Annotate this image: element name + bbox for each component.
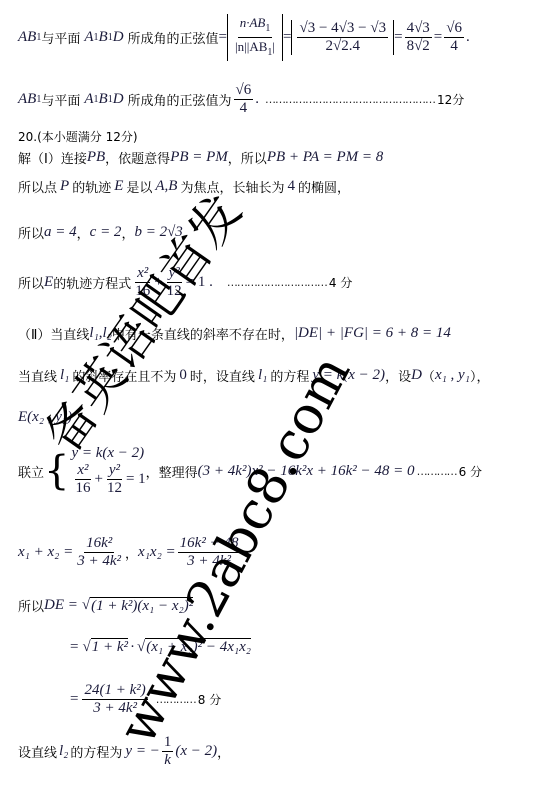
math: 3 + 4k² bbox=[75, 553, 123, 570]
math: √6 bbox=[444, 20, 464, 38]
text: 联立 bbox=[18, 462, 44, 481]
math-sqrt: (1 + k²)(x₁ − x₂)² bbox=[90, 597, 193, 615]
text: ， bbox=[125, 543, 138, 562]
part2-line9: 设直线 l₂ 的方程为 y = − 1k (x − 2) ， bbox=[18, 734, 230, 769]
math: (x − 2) bbox=[175, 743, 217, 760]
math: 16 bbox=[73, 480, 92, 497]
math: B bbox=[99, 91, 108, 108]
math: a = 4 bbox=[44, 224, 77, 241]
math: A,B bbox=[155, 178, 177, 195]
math: 12 bbox=[165, 283, 184, 300]
score-label: 4 分 bbox=[329, 274, 352, 291]
left-brace: { bbox=[44, 451, 69, 491]
math: x₁x₂ = bbox=[138, 544, 176, 561]
text: 的轨迹 bbox=[72, 177, 111, 196]
part2-line3: E(x₂ , y₂) bbox=[18, 409, 72, 426]
text: 的轨迹方程式 bbox=[53, 273, 131, 292]
math: AB bbox=[18, 91, 36, 108]
sine-value-equation: AB1 与平面 A1B1D 所成角的正弦值 = n·AB1|n||AB1| = … bbox=[18, 14, 470, 61]
text: ，所以 bbox=[228, 148, 267, 167]
text: ， bbox=[121, 223, 134, 242]
fraction: 24(1 + k²)3 + 4k² bbox=[82, 682, 147, 717]
text: 的椭圆， bbox=[298, 177, 350, 196]
text: 所成角的正弦值为 bbox=[128, 90, 232, 109]
text: 为焦点，长轴长为 bbox=[180, 177, 284, 196]
math: PB = PM bbox=[170, 149, 228, 166]
score-label: 12分 bbox=[437, 91, 464, 108]
math: = bbox=[70, 639, 78, 656]
math: l₂ bbox=[59, 743, 68, 760]
fraction: 16k² − 483 + 4k² bbox=[178, 535, 241, 570]
math: DE = bbox=[44, 597, 78, 614]
math: (3 + 4k²)x² − 16k²x + 16k² − 48 = 0 bbox=[198, 463, 415, 480]
text: ， bbox=[217, 742, 230, 761]
text: 解（Ⅰ）连接 bbox=[18, 148, 87, 167]
sine-value-conclusion: AB1 与平面 A1B1D 所成角的正弦值为 √64 . ……………………………… bbox=[18, 82, 464, 117]
text: 与平面 bbox=[41, 90, 80, 109]
math: 16k² bbox=[84, 535, 114, 553]
text: 的方程 bbox=[270, 366, 309, 385]
math: 12 bbox=[105, 480, 124, 497]
abs-fraction-2: √3 − 4√3 − √32√2.4 bbox=[291, 20, 394, 55]
text: 设直线 bbox=[18, 742, 57, 761]
math: · bbox=[130, 639, 135, 656]
fraction: √64 bbox=[234, 82, 254, 117]
text: ，整理得 bbox=[146, 462, 198, 481]
math: y² bbox=[167, 265, 182, 283]
math: D bbox=[113, 91, 124, 108]
equation-system: y = k(x − 2) x²16 + y²12 = 1 bbox=[71, 445, 145, 497]
fraction: x²16 bbox=[133, 265, 152, 300]
score-label: 6 分 bbox=[459, 463, 482, 480]
math: 3 + 4k² bbox=[91, 700, 139, 717]
score-label: 8 分 bbox=[198, 691, 221, 708]
math: |n||AB bbox=[235, 39, 267, 54]
math: + bbox=[154, 274, 162, 291]
text: 所以 bbox=[18, 223, 44, 242]
math: 0 bbox=[179, 367, 187, 384]
math: 4 bbox=[287, 178, 295, 195]
fraction: x²16 bbox=[73, 462, 92, 497]
part2-line6: 所以 DE = √(1 + k²)(x₁ − x₂)² bbox=[18, 596, 193, 615]
math: P bbox=[60, 178, 69, 195]
math: 16 bbox=[133, 283, 152, 300]
math: y = k(x − 2) bbox=[71, 445, 145, 462]
part2-line2: 当直线 l₁ 的斜率存在且不为 0 时，设直线 l₁ 的方程 y = k(x −… bbox=[18, 366, 489, 385]
part2-line8: = 24(1 + k²)3 + 4k² ………… 8 分 bbox=[70, 682, 221, 717]
text: 所成角的正弦值 bbox=[128, 28, 219, 47]
fraction-3: 4√38√2 bbox=[405, 20, 432, 55]
math: |DE| + |FG| = 6 + 8 = 14 bbox=[294, 325, 451, 342]
math: c = 2 bbox=[90, 224, 122, 241]
text: 所以 bbox=[18, 596, 44, 615]
part1-line4: 所以 E 的轨迹方程式 x²16 + y²12 = 1 . …………………………… bbox=[18, 265, 352, 300]
text: ）， bbox=[470, 366, 490, 385]
fraction: 16k²3 + 4k² bbox=[75, 535, 123, 570]
abs-fraction-1: n·AB1|n||AB1| bbox=[227, 14, 283, 61]
text: （ bbox=[422, 366, 435, 385]
math: 2√2.4 bbox=[324, 38, 362, 55]
math: x² bbox=[135, 265, 150, 283]
math: D bbox=[113, 29, 124, 46]
math: l₁,l₂ bbox=[89, 325, 112, 342]
math: PB + PA = PM = 8 bbox=[267, 149, 383, 166]
math-sub: 1 bbox=[267, 47, 272, 58]
math: l₁ bbox=[60, 367, 69, 384]
math: 8√2 bbox=[405, 38, 432, 55]
math: n·AB bbox=[240, 15, 266, 30]
math: A bbox=[84, 29, 93, 46]
math: b = 2√3 bbox=[134, 224, 182, 241]
math: 4 bbox=[238, 100, 250, 117]
math: x₁ + x₂ = bbox=[18, 544, 73, 561]
dot-leader: ………… bbox=[156, 693, 196, 706]
math: PB bbox=[87, 149, 105, 166]
math: E bbox=[44, 274, 53, 291]
text: ， bbox=[77, 223, 90, 242]
part2-line4-system: 联立 { y = k(x − 2) x²16 + y²12 = 1 ，整理得 (… bbox=[18, 445, 482, 497]
math-sqrt: 1 + k² bbox=[91, 638, 128, 656]
part1-line2: 所以点 P 的轨迹 E 是以 A,B 为焦点，长轴长为 4 的椭圆， bbox=[18, 177, 350, 196]
fraction: y²12 bbox=[165, 265, 184, 300]
question-20-header: 20.(本小题满分 12分) bbox=[18, 128, 138, 145]
part1-line3: 所以 a = 4 ， c = 2 ， b = 2√3 bbox=[18, 223, 183, 242]
text: 与平面 bbox=[41, 28, 80, 47]
math: E bbox=[114, 178, 123, 195]
math: k bbox=[162, 752, 173, 769]
math: x² bbox=[75, 462, 90, 480]
text: 的方程为 bbox=[70, 742, 122, 761]
math: = 1 . bbox=[186, 274, 213, 291]
math: A bbox=[84, 91, 93, 108]
math: y = − bbox=[125, 743, 159, 760]
text: 中有一条直线的斜率不存在时， bbox=[112, 324, 294, 343]
text: ，设 bbox=[385, 366, 411, 385]
text: 的斜率存在且不为 bbox=[72, 366, 176, 385]
fraction: y²12 bbox=[105, 462, 124, 497]
math: y = k(x − 2) bbox=[312, 367, 385, 384]
fraction-4: √64 bbox=[444, 20, 464, 55]
math: 1 bbox=[162, 734, 174, 752]
math: √3 − 4√3 − √3 bbox=[297, 20, 388, 38]
text: 时，设直线 bbox=[190, 366, 255, 385]
dot-leader: ………… bbox=[417, 465, 457, 478]
math: = 1 bbox=[126, 471, 146, 488]
part2-line1: （Ⅱ）当直线 l₁,l₂ 中有一条直线的斜率不存在时， |DE| + |FG| … bbox=[18, 324, 451, 343]
math: x₁ , y₁ bbox=[435, 367, 470, 384]
dot-leader: ………………………… bbox=[227, 276, 327, 289]
dot-leader: …………………………………………… bbox=[265, 93, 435, 106]
math: 4 bbox=[448, 38, 460, 55]
fraction: 1k bbox=[162, 734, 174, 769]
math: B bbox=[99, 29, 108, 46]
math: √6 bbox=[234, 82, 254, 100]
math: D bbox=[411, 367, 422, 384]
math-ab: AB bbox=[18, 29, 36, 46]
text: （Ⅱ）当直线 bbox=[18, 324, 89, 343]
math-sub: 1 bbox=[265, 23, 270, 34]
math: 16k² − 48 bbox=[178, 535, 241, 553]
math: = bbox=[70, 691, 78, 708]
math: 24(1 + k²) bbox=[82, 682, 147, 700]
math-sqrt: (x₁ + x₂)² − 4x₁x₂ bbox=[145, 638, 251, 656]
math: E(x₂ , y₂) bbox=[18, 409, 72, 426]
math: 4√3 bbox=[405, 20, 432, 38]
text: 所以点 bbox=[18, 177, 57, 196]
math: 3 + 4k² bbox=[185, 553, 233, 570]
text: 当直线 bbox=[18, 366, 57, 385]
math: l₁ bbox=[258, 367, 267, 384]
part1-line1: 解（Ⅰ）连接 PB ，依题意得 PB = PM ，所以 PB + PA = PM… bbox=[18, 148, 383, 167]
math: y² bbox=[107, 462, 122, 480]
text: 所以 bbox=[18, 273, 44, 292]
part2-line7: = √1 + k² · √(x₁ + x₂)² − 4x₁x₂ bbox=[70, 638, 251, 656]
text: ，依题意得 bbox=[105, 148, 170, 167]
part2-line5-vieta: x₁ + x₂ = 16k²3 + 4k² ， x₁x₂ = 16k² − 48… bbox=[18, 535, 242, 570]
text: 是以 bbox=[126, 177, 152, 196]
